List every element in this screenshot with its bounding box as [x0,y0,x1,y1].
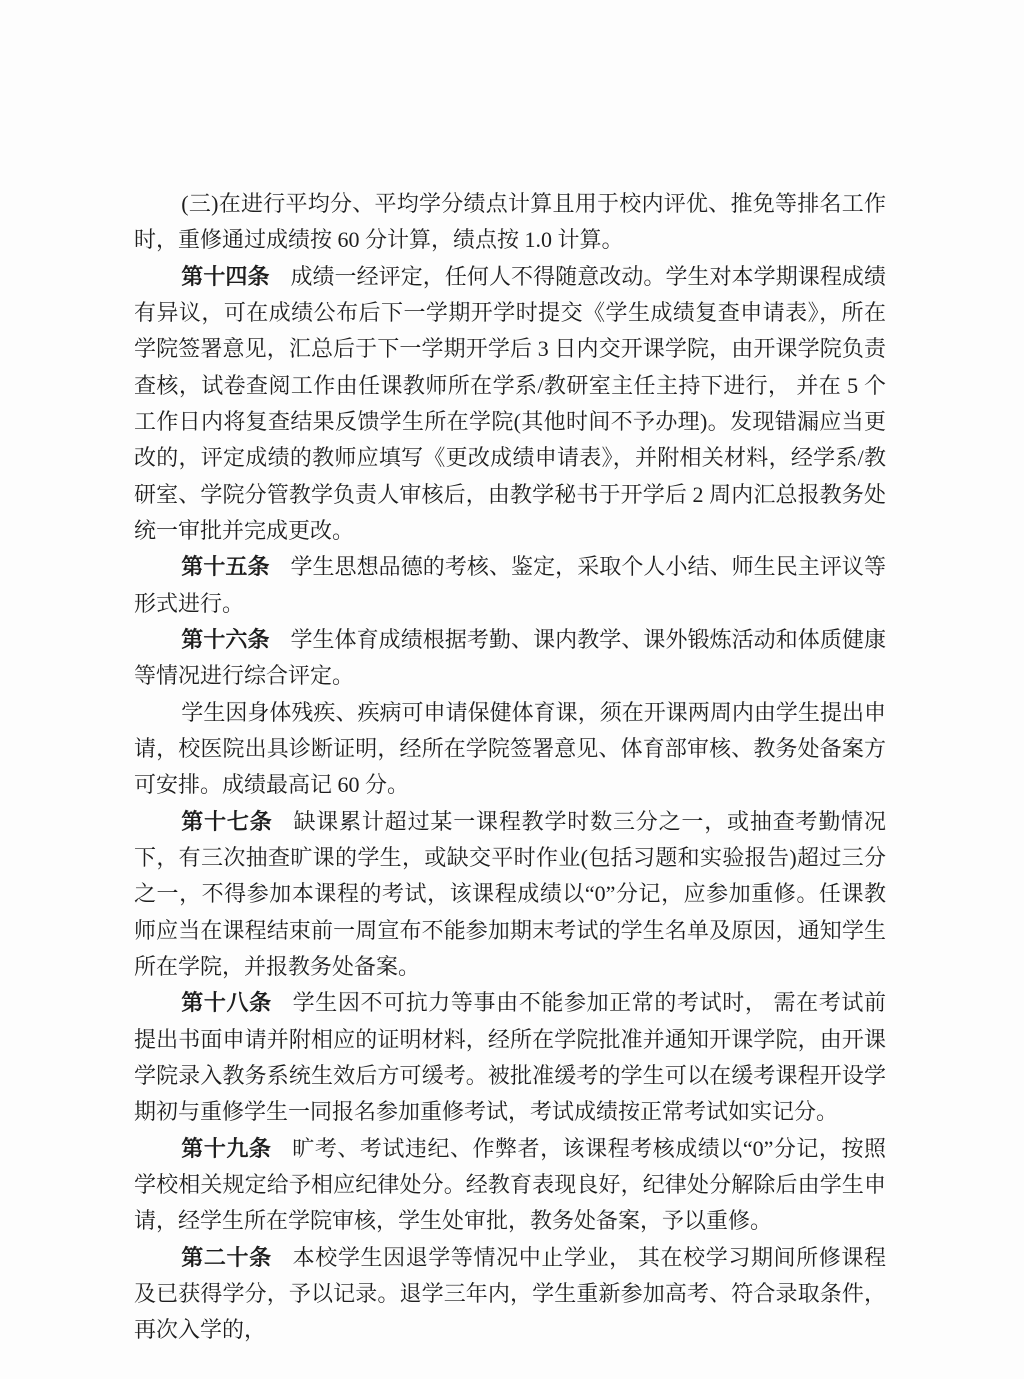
document-text-block: (三)在进行平均分、平均学分绩点计算且用于校内评优、推免等排名工作时，重修通过成… [134,186,886,1349]
paragraph-article-18: 第十八条学生因不可抗力等事由不能参加正常的考试时， 需在考试前提出书面申请并附相… [134,985,886,1130]
paragraph-text: 成绩一经评定，任何人不得随意改动。学生对本学期课程成绩有异议，可在成绩公布后下一… [134,264,886,543]
paragraph-article-16: 第十六条学生体育成绩根据考勤、课内教学、课外锻炼活动和体质健康等情况进行综合评定… [134,622,886,695]
article-number: 第十五条 [181,554,269,579]
paragraph-article-17: 第十七条缺课累计超过某一课程教学时数三分之一，或抽查考勤情况下，有三次抽查旷课的… [134,804,886,986]
article-number: 第十七条 [181,809,272,834]
article-number: 第十六条 [181,627,269,652]
article-number: 第十八条 [181,990,271,1015]
paragraph-text: (三)在进行平均分、平均学分绩点计算且用于校内评优、推免等排名工作时，重修通过成… [134,191,886,252]
document-page: (三)在进行平均分、平均学分绩点计算且用于校内评优、推免等排名工作时，重修通过成… [0,0,1024,1379]
paragraph-text: 学生因身体残疾、疾病可申请保健体育课，须在开课两周内由学生提出申请，校医院出具诊… [134,700,886,798]
paragraph-article-19: 第十九条旷考、考试违纪、作弊者，该课程考核成绩以“0”分记，按照学校相关规定给予… [134,1131,886,1240]
paragraph-article-20: 第二十条本校学生因退学等情况中止学业， 其在校学习期间所修课程及已获得学分，予以… [134,1240,886,1349]
paragraph-article-16-cont: 学生因身体残疾、疾病可申请保健体育课，须在开课两周内由学生提出申请，校医院出具诊… [134,695,886,804]
paragraph-list-item-3: (三)在进行平均分、平均学分绩点计算且用于校内评优、推免等排名工作时，重修通过成… [134,186,886,259]
paragraph-text: 缺课累计超过某一课程教学时数三分之一，或抽查考勤情况下，有三次抽查旷课的学生，或… [134,809,886,979]
paragraph-article-15: 第十五条学生思想品德的考核、鉴定，采取个人小结、师生民主评议等形式进行。 [134,549,886,622]
article-number: 第十九条 [181,1136,271,1161]
paragraph-article-14: 第十四条成绩一经评定，任何人不得随意改动。学生对本学期课程成绩有异议，可在成绩公… [134,259,886,550]
article-number: 第二十条 [181,1245,271,1270]
article-number: 第十四条 [181,264,269,289]
